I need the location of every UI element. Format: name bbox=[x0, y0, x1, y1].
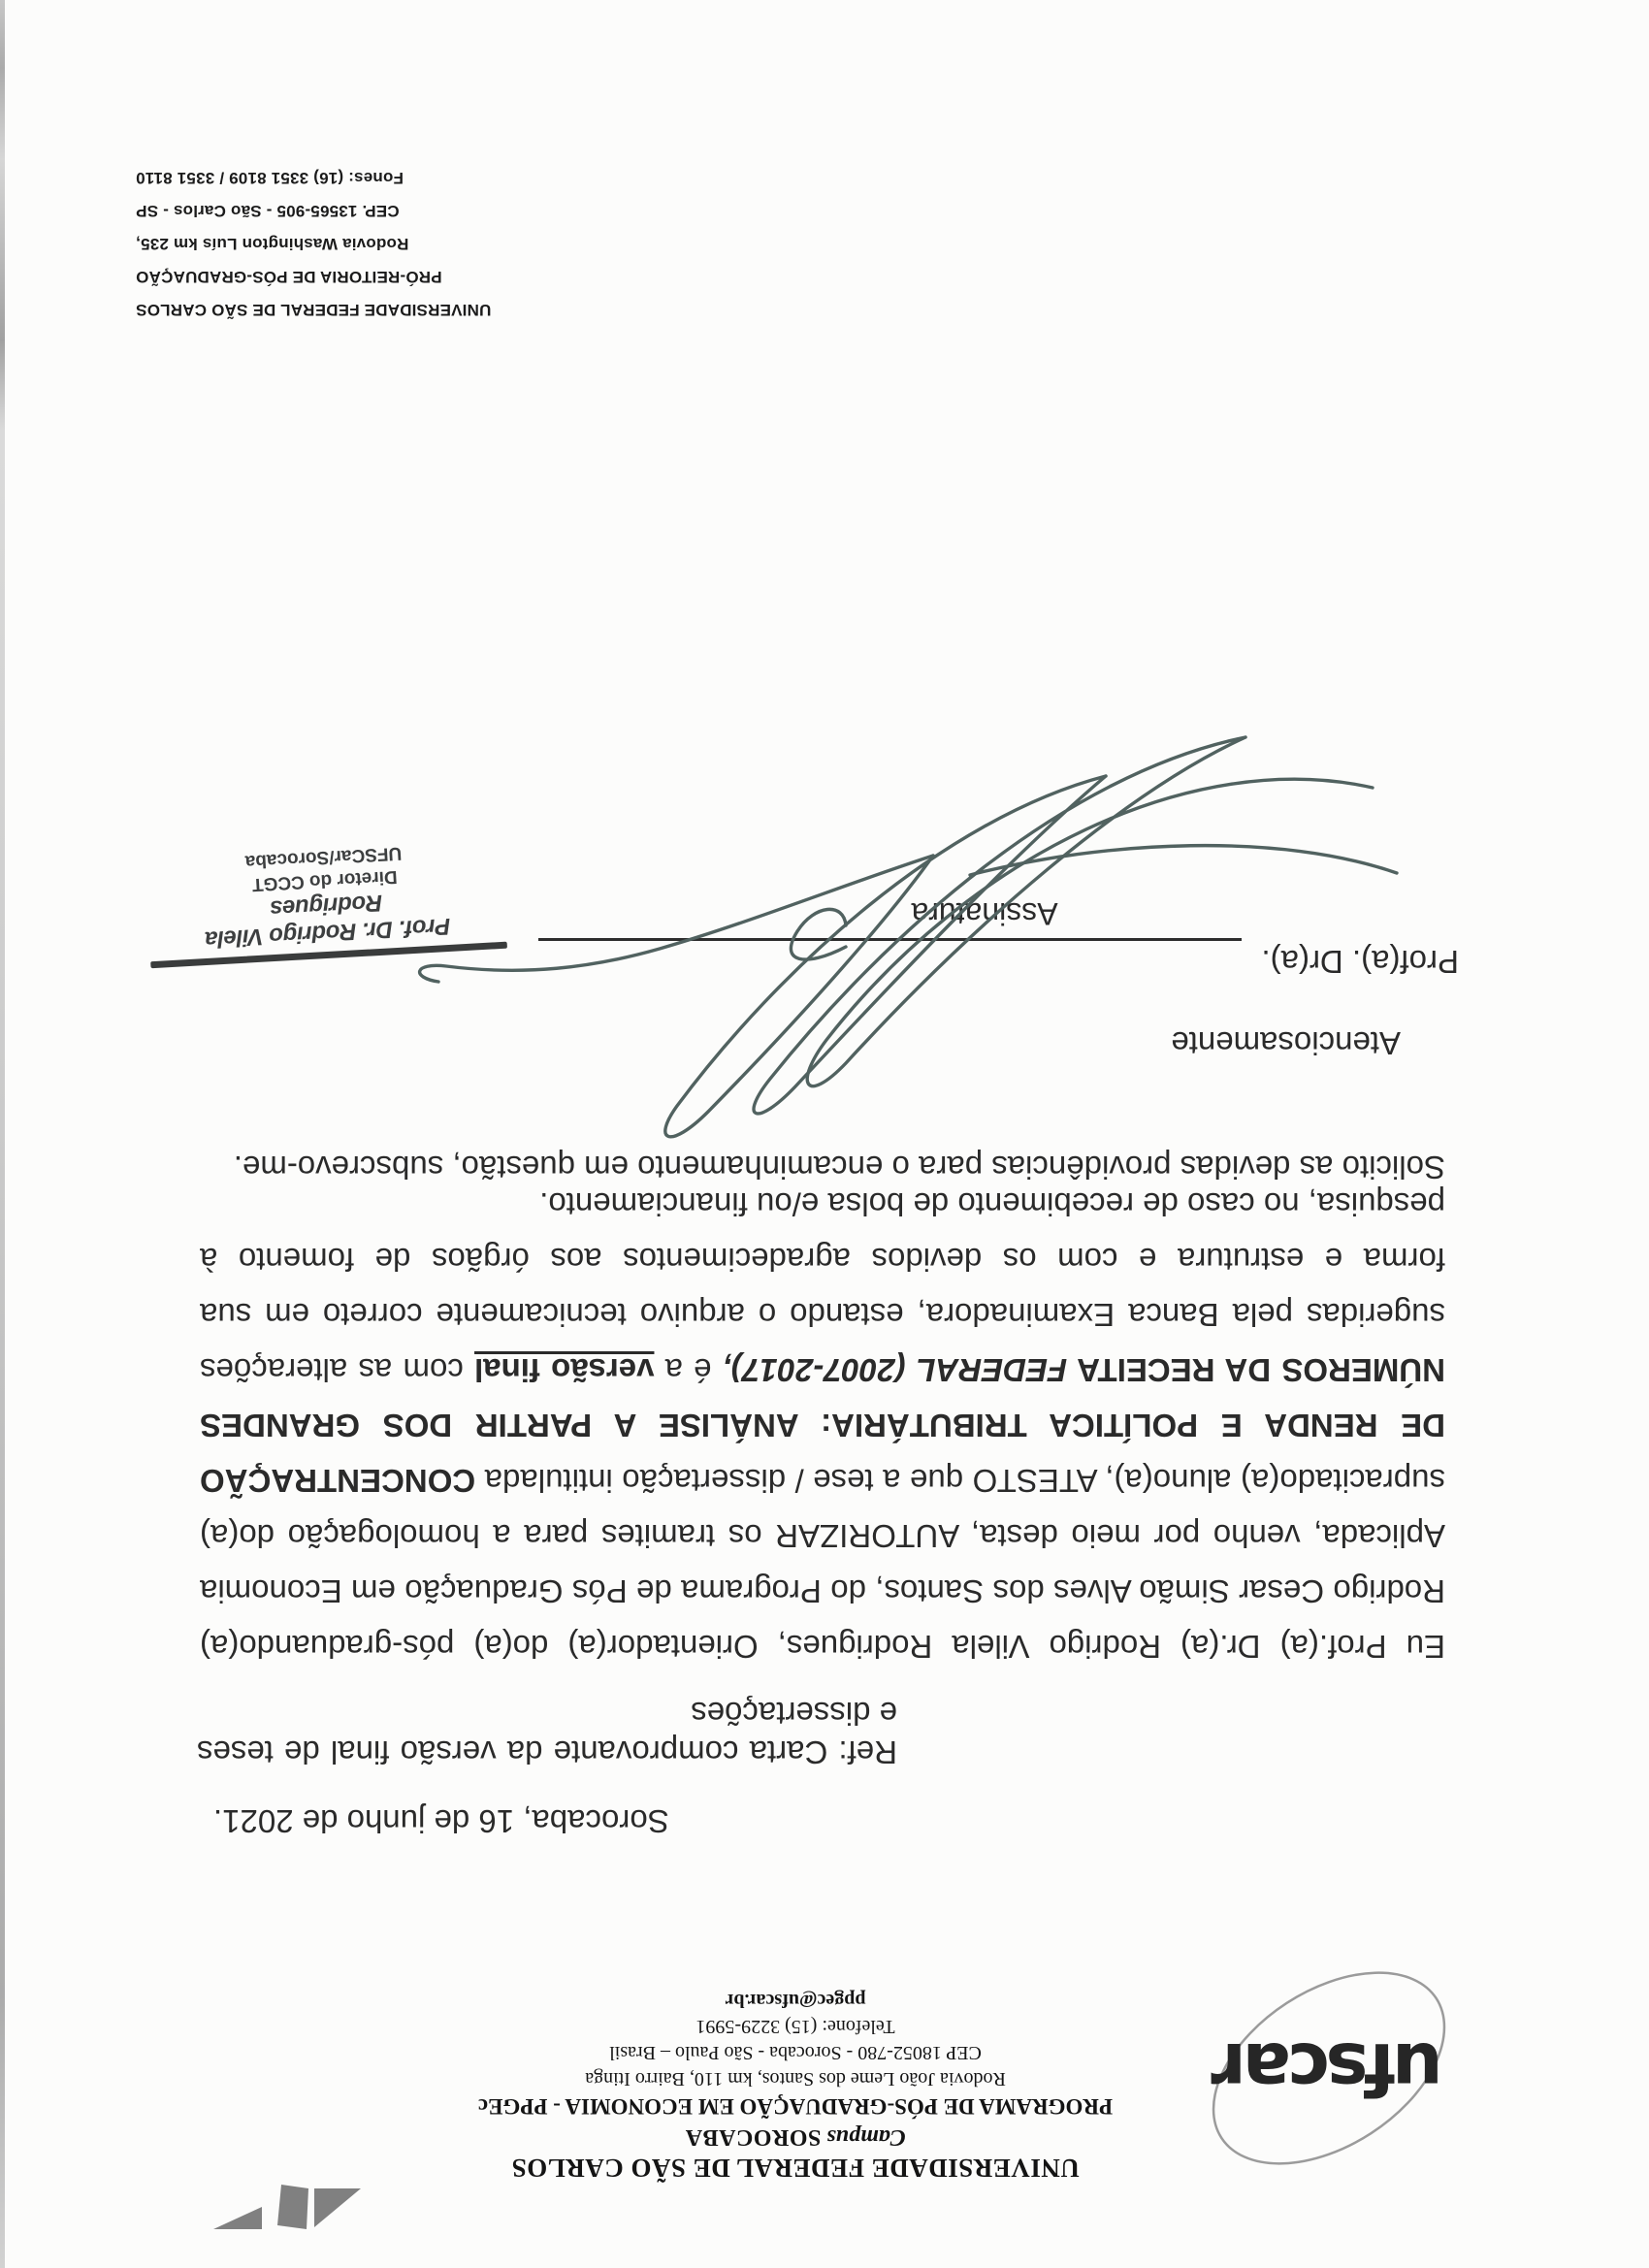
preprinted-footer: UNIVERSIDADE FEDERAL DE SÃO CARLOS PRÓ-R… bbox=[136, 161, 491, 326]
ufscar-logo: ufscar bbox=[1193, 1945, 1465, 2192]
date-line: Sorocaba, 16 de junho de 2021. bbox=[204, 1802, 1445, 1839]
p1-text-2: é a bbox=[654, 1352, 722, 1388]
letterhead-address: Rodovia João Leme dos Santos, km 110, Ba… bbox=[427, 2065, 1164, 2091]
reference-block: Ref: Carta comprovante da versão final d… bbox=[197, 1694, 897, 1771]
thesis-title-tail: FEDERAL (2007-2017), bbox=[723, 1352, 1067, 1388]
body-paragraph-1: Eu Prof.(a) Dr.(a) Rodrigo Vilela Rodrig… bbox=[200, 1177, 1445, 1674]
letterhead-university: UNIVERSIDADE FEDERAL DE SÃO CARLOS bbox=[427, 2152, 1164, 2185]
footer-line-1: UNIVERSIDADE FEDERAL DE SÃO CARLOS bbox=[136, 293, 491, 326]
letterhead-email: ppgec@ufscar.br bbox=[427, 1987, 1164, 2013]
footer-line-4: CEP. 13565-905 - São Carlos - SP bbox=[136, 194, 491, 227]
letterhead-phone: Telefone: (15) 3229-5991 bbox=[427, 2013, 1164, 2039]
footer-line-2: PRÓ-REITORIA DE PÓS-GRADUAÇÃO bbox=[136, 260, 491, 293]
cutoff-print-marks bbox=[200, 2171, 371, 2233]
versao-final-highlight: versão final bbox=[474, 1352, 654, 1388]
letterhead-campus: Campus SOROCABA bbox=[427, 2122, 1164, 2152]
letterhead-program: PROGRAMA DE PÓS-GRADUAÇÃO EM ECONOMIA - … bbox=[427, 2091, 1164, 2122]
footer-line-3: Rodovia Washington Luís km 235, bbox=[136, 227, 491, 260]
letterhead-cep: CEP 18052-780 - Sorocaba - São Paulo – B… bbox=[427, 2039, 1164, 2065]
handwritten-signature bbox=[398, 700, 1426, 1176]
upside-down-letter: ufscar UNIVERSIDADE FEDERAL DE SÃO CARLO… bbox=[0, 0, 1649, 2268]
footer-line-5: Fones: (16) 3351 8109 / 3351 8110 bbox=[136, 161, 491, 194]
campus-name: SOROCABA bbox=[685, 2124, 821, 2150]
letterhead: UNIVERSIDADE FEDERAL DE SÃO CARLOS Campu… bbox=[427, 1987, 1164, 2185]
scanned-page: ufscar UNIVERSIDADE FEDERAL DE SÃO CARLO… bbox=[0, 0, 1649, 2268]
scanner-edge-artifact bbox=[0, 0, 5, 2268]
logo-wordmark: ufscar bbox=[1211, 2026, 1443, 2110]
campus-word: Campus bbox=[826, 2124, 905, 2150]
